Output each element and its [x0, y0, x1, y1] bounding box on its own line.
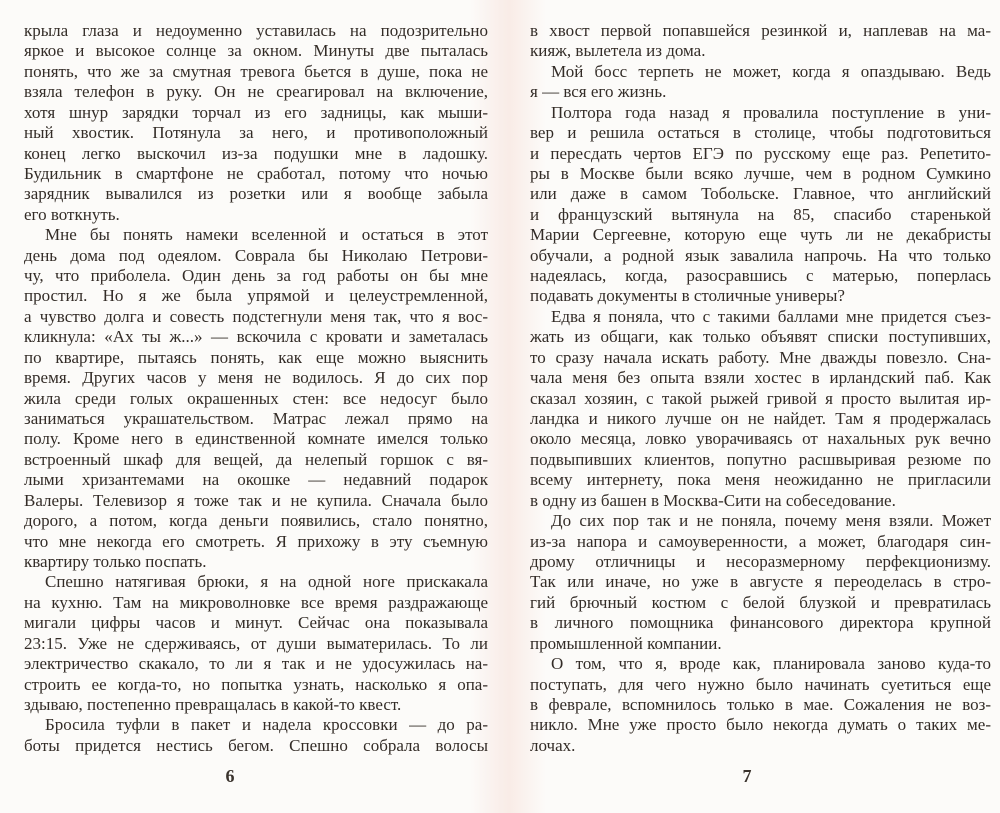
text-line: дорого, а потом, когда деньги появились,… [24, 511, 488, 531]
text-line: электричество скакало, то ли я так и не … [24, 654, 488, 674]
text-line: конец легко выскочил из-за подушки мне в… [24, 144, 488, 164]
text-line: всему интернету, пока меня неожиданно не… [530, 470, 991, 490]
text-line: зарядник вывалился из розетки или я вооб… [24, 184, 488, 204]
text-line: Мне бы понять намеки вселенной и остатьс… [24, 225, 488, 245]
text-line: что мне некогда его смотреть. Я прихожу … [24, 532, 488, 552]
text-line: подвыпивших клиентов, попутно расшвырива… [530, 450, 991, 470]
text-line: здываю, постепенно превращалась в какой-… [24, 695, 488, 715]
text-line: и французский вытянула на 85, спасибо ст… [530, 205, 991, 225]
text-line: дрому отличницы и несоразмерному перфекц… [530, 552, 991, 572]
text-line: мигали цифры часов и минут. Сейчас она п… [24, 613, 488, 633]
text-line: в феврале, вспомнилось только в мае. Сож… [530, 695, 991, 715]
right-page-number: 7 [743, 766, 752, 787]
text-line: строить ее когда-то, но попытка узнать, … [24, 675, 488, 695]
text-line: подавать документы в столичные универы? [530, 286, 991, 306]
text-line: квартиру только поспать. [24, 552, 488, 572]
text-line: Марии Сергеевне, которую еще чуть ли не … [530, 225, 991, 245]
text-line: около месяца, ловко уворачиваясь от наха… [530, 429, 991, 449]
text-line: крыла глаза и недоуменно уставилась на п… [24, 21, 488, 41]
text-line: по квартире, пытаясь понять, как еще мож… [24, 348, 488, 368]
text-line: О том, что я, вроде как, планировала зан… [530, 654, 991, 674]
text-line: чала меня без опыта взяли хостес в ирлан… [530, 368, 991, 388]
text-line: Мой босс терпеть не может, когда я опазд… [530, 62, 991, 82]
text-line: день дома под одеялом. Соврала бы Никола… [24, 246, 488, 266]
right-page-text: в хвост первой попавшейся резинкой и, на… [530, 21, 991, 756]
text-line: Едва я поняла, что с такими баллами мне … [530, 307, 991, 327]
text-line: лыми хризантемами на окошке — недавний п… [24, 470, 488, 490]
text-line: на кухню. Там на микроволновке все время… [24, 593, 488, 613]
text-line: До сих пор так и не поняла, почему меня … [530, 511, 991, 531]
text-line: гий брючный костюм с белой блузкой и пре… [530, 593, 991, 613]
text-line: промышленной компании. [530, 634, 991, 654]
text-line: в одну из башен в Москва-Сити на собесед… [530, 491, 991, 511]
text-line: полу. Кроме него в единственной комнате … [24, 429, 488, 449]
text-line: а чувство долга и совесть подстегнули ме… [24, 307, 488, 327]
text-line: лочах. [530, 736, 991, 756]
text-line: жать из общаги, как только объявят списк… [530, 327, 991, 347]
text-line: кияж, вылетела из дома. [530, 41, 991, 61]
book-spread: крыла глаза и недоуменно уставилась на п… [0, 0, 1000, 813]
text-line: ландка и никого лучше он не найдет. Там … [530, 409, 991, 429]
text-line: кликнула: «Ах ты ж...» — вскочила с кров… [24, 327, 488, 347]
text-line: ный хвостик. Потянула за него, и противо… [24, 123, 488, 143]
text-line: Бросила туфли в пакет и надела кроссовки… [24, 715, 488, 735]
text-line: время. Других часов у меня не водилось. … [24, 368, 488, 388]
text-line: Будильник в смартфоне не сработал, потом… [24, 164, 488, 184]
text-line: жила среди голых окрашенных стен: все не… [24, 389, 488, 409]
text-line: сказал хозяин, с такой рыжей гривой я пр… [530, 389, 991, 409]
text-line: или даже в самом Тобольске. Главное, что… [530, 184, 991, 204]
text-line: ры в Москве были всяко лучше, чем в родн… [530, 164, 991, 184]
text-line: Так или иначе, но уже в августе я переод… [530, 572, 991, 592]
text-line: обучали, а родной язык завалила напрочь.… [530, 246, 991, 266]
text-line: боты придется нестись бегом. Спешно собр… [24, 736, 488, 756]
text-line: понять, что же за смутная тревога бьется… [24, 62, 488, 82]
text-line: чу, что приболела. Один день за год рабо… [24, 266, 488, 286]
text-line: поступать, для чего нужно было начинать … [530, 675, 991, 695]
text-line: в личного помощника финансового директор… [530, 613, 991, 633]
text-line: его воткнуть. [24, 205, 488, 225]
text-line: заниматься украшательством. Матрас лежал… [24, 409, 488, 429]
text-line: в хвост первой попавшейся резинкой и, на… [530, 21, 991, 41]
text-line: и пересдать чертов ЕГЭ по русскому еще р… [530, 144, 991, 164]
text-line: Валеры. Телевизор я тоже так и не купила… [24, 491, 488, 511]
text-line: вер и решила остаться в столице, чтобы п… [530, 123, 991, 143]
text-line: я — вся его жизнь. [530, 82, 991, 102]
left-page-number: 6 [226, 766, 235, 787]
text-line: взяла телефон в руку. Он не среагировал … [24, 82, 488, 102]
text-line: простил. Но я же была упрямой и целеустр… [24, 286, 488, 306]
text-line: Полтора года назад я провалила поступлен… [530, 103, 991, 123]
text-line: Спешно натягивая брюки, я на одной ноге … [24, 572, 488, 592]
text-line: из-за напора и самоуверенности, а может,… [530, 532, 991, 552]
text-line: то сразу начала искать работу. Мне дважд… [530, 348, 991, 368]
text-line: надеялась, когда, разосравшись с матерью… [530, 266, 991, 286]
text-line: никло. Мне уже просто было некогда думат… [530, 715, 991, 735]
text-line: 23:15. Уже не сдерживаясь, от души вымат… [24, 634, 488, 654]
left-page-text: крыла глаза и недоуменно уставилась на п… [24, 21, 488, 756]
text-line: яркое и высокое солнце за окном. Минуты … [24, 41, 488, 61]
text-line: встроенный шкаф для вещей, да нелепый го… [24, 450, 488, 470]
text-line: хотя шнур зарядки торчал из его задницы,… [24, 103, 488, 123]
